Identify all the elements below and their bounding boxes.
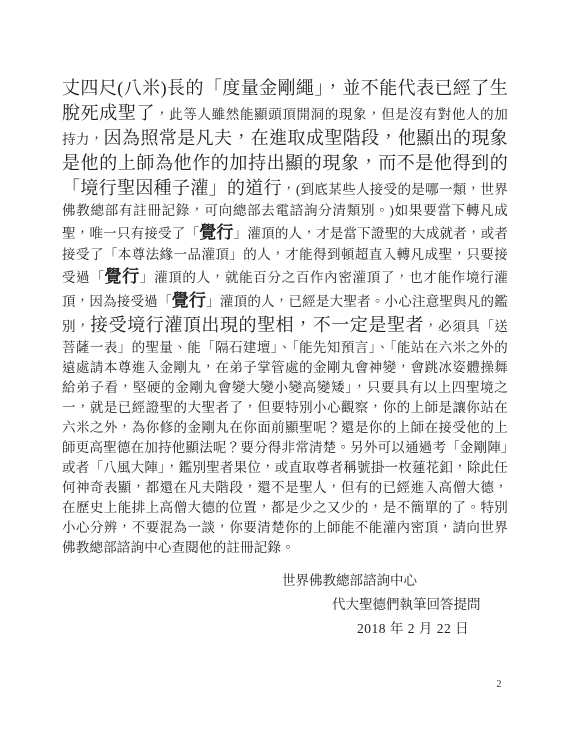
body-text-segment-emphasis: 覺行 (172, 291, 206, 310)
signature-organization: 世界佛教總部諮詢中心 (62, 569, 508, 593)
body-paragraph: 丈四尺(八米)長的「度量金剛繩」，並不能代表已經了生脫死成聖了，此等人雖然能顯頭… (62, 76, 508, 558)
body-text-segment: ，必須具「送菩薩一表」的聖量、能「隔石建壇」、「能先知預言」、「能站在六米之外的… (62, 319, 508, 555)
body-text-segment-emphasis: 覺行 (199, 223, 233, 242)
signature-date: 2018 年 2 月 22 日 (62, 617, 508, 641)
signature-block: 世界佛教總部諮詢中心 代大聖德們執筆回答提問 2018 年 2 月 22 日 (62, 569, 508, 641)
body-text-segment: 接受境行灌頂出現的聖相，不一定是聖者 (90, 315, 424, 335)
signature-byline: 代大聖德們執筆回答提問 (62, 593, 508, 617)
document-page: 丈四尺(八米)長的「度量金剛繩」，並不能代表已經了生脫死成聖了，此等人雖然能顯頭… (0, 0, 570, 738)
page-number: 2 (492, 679, 506, 690)
body-text-segment-emphasis: 覺行 (105, 267, 140, 286)
